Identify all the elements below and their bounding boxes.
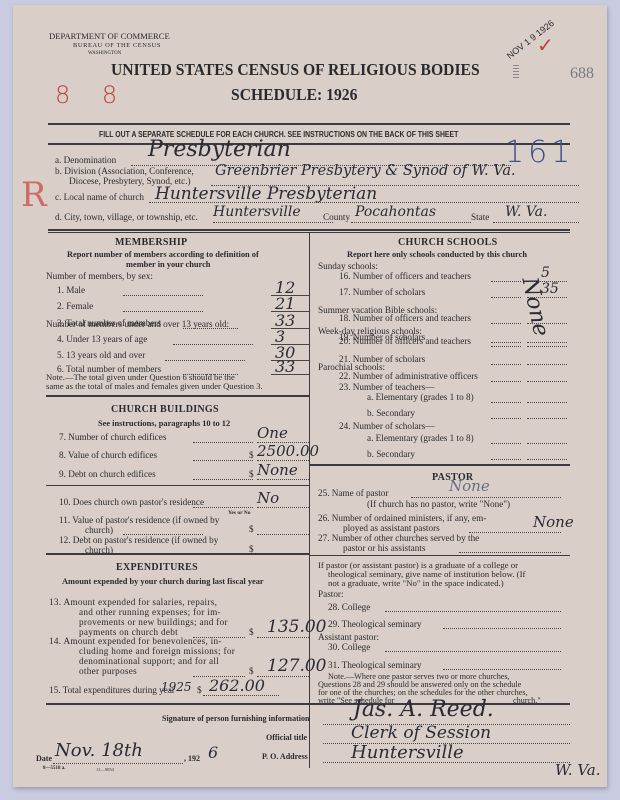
school-row-label: 24. Number of scholars— bbox=[339, 421, 434, 431]
division-label: b. Division (Association, Conference, bbox=[55, 166, 194, 176]
building-row-label-2: church) bbox=[85, 525, 113, 535]
expenditure-question-text: cluding home and foreign missions; for bbox=[79, 646, 235, 656]
expenditure-question-text: denominational support; and for all bbox=[79, 656, 219, 666]
denomination-field[interactable]: Presbyterian bbox=[148, 137, 291, 162]
buildings-subdivider bbox=[46, 485, 309, 486]
school-row-label: 21. Number of scholars bbox=[339, 354, 425, 364]
date-label: Date bbox=[36, 754, 52, 763]
expenditure-question-text: 13. Amount expended for salaries, repair… bbox=[49, 597, 217, 607]
dollar-sign: $ bbox=[249, 627, 254, 637]
building-value-field[interactable]: One bbox=[257, 424, 288, 442]
year-field[interactable]: 6 bbox=[208, 743, 218, 762]
building-value-field[interactable]: 2500.00 bbox=[257, 442, 319, 460]
address-state-field[interactable]: W. Va. bbox=[555, 761, 601, 779]
building-value-field[interactable]: None bbox=[257, 461, 298, 479]
assistant-pastors-label-2: ployed as assistant pastors bbox=[343, 523, 440, 533]
expenditure-question-text: 14. Amount expended for benevolences, in… bbox=[49, 636, 222, 646]
expenditure-question-text: other purposes bbox=[79, 666, 137, 676]
expenditures-title: EXPENDITURES bbox=[116, 562, 198, 573]
school-value-line[interactable] bbox=[527, 364, 567, 365]
state-field[interactable]: W. Va. bbox=[505, 204, 547, 220]
stamp-mark-icon bbox=[513, 65, 519, 79]
expenditure-value-line bbox=[257, 637, 309, 638]
date-field[interactable]: Nov. 18th bbox=[55, 740, 143, 761]
membership-note-2: same as the total of males and females g… bbox=[46, 381, 263, 391]
building-row-label: 7. Number of church edifices bbox=[59, 432, 166, 442]
address-field[interactable]: Huntersville bbox=[351, 742, 464, 763]
other-churches-label: 27. Number of other churches served by t… bbox=[318, 533, 479, 543]
assistant-pastors-label: 26. Number of ordained ministers, if any… bbox=[318, 513, 486, 523]
membership-row-leader bbox=[173, 344, 253, 345]
membership-row-label: 4. Under 13 years of age bbox=[57, 334, 147, 344]
schools-divider bbox=[310, 464, 570, 466]
total-expenditure-line bbox=[203, 695, 279, 696]
membership-row-leader bbox=[123, 295, 203, 296]
pastor-name-label: 25. Name of pastor bbox=[318, 488, 388, 498]
stamp-number: 688 bbox=[570, 65, 594, 83]
city-field[interactable]: Huntersville bbox=[213, 204, 301, 220]
local-name-field[interactable]: Huntersville Presbyterian bbox=[155, 184, 377, 204]
membership-row-label: 5. 13 years old and over bbox=[57, 350, 145, 360]
membership-row-leader bbox=[123, 311, 203, 312]
official-title-field[interactable]: Clerk of Session bbox=[351, 723, 491, 743]
schedule-title: SCHEDULE: 1926 bbox=[231, 85, 357, 105]
membership-title: MEMBERSHIP bbox=[115, 237, 187, 248]
schools-title: CHURCH SCHOOLS bbox=[398, 237, 498, 248]
school-row-label: 18. Number of officers and teachers bbox=[339, 313, 471, 323]
other-churches-line bbox=[459, 552, 561, 553]
dollar-sign: $ bbox=[249, 469, 254, 479]
local-name-label: c. Local name of church bbox=[55, 192, 144, 202]
school-row-label: b. Secondary bbox=[367, 449, 415, 459]
address-label: P. O. Address bbox=[262, 752, 308, 761]
building-value-line[interactable] bbox=[257, 479, 309, 480]
building-row-label: 11. Value of pastor's residence (if owne… bbox=[59, 515, 219, 525]
membership-row-label: 1. Male bbox=[57, 285, 85, 295]
school-row-label: a. Elementary (grades 1 to 8) bbox=[367, 433, 474, 443]
department-label: DEPARTMENT OF COMMERCE bbox=[49, 31, 170, 41]
by-sex-label: Number of members, by sex: bbox=[46, 271, 153, 281]
signature-field[interactable]: Jas. A. Reed. bbox=[353, 697, 494, 722]
building-row-leader bbox=[193, 479, 253, 480]
expenditure-year-field[interactable]: 1925 bbox=[161, 680, 192, 694]
expenditure-question-text: provements or new buildings; and for bbox=[79, 617, 228, 627]
handwritten-number: 8 8 bbox=[55, 81, 129, 109]
state-label: State bbox=[471, 212, 489, 222]
other-churches-label-2: pastor or his assistants bbox=[343, 543, 425, 553]
membership-row-label: 3. Total number of members bbox=[57, 318, 161, 328]
membership-value-field[interactable]: 33 bbox=[275, 357, 295, 376]
building-row-leader bbox=[193, 507, 253, 508]
expenditure-value-field[interactable]: 127.00 bbox=[267, 656, 326, 676]
official-title-label: Official title bbox=[266, 733, 307, 742]
pastor-name-line bbox=[411, 497, 561, 498]
school-row-leader bbox=[491, 346, 521, 347]
assistant-pastors-line bbox=[469, 532, 561, 533]
building-row-label: 8. Value of church edifices bbox=[59, 450, 157, 460]
assistant-college-label: 30. College bbox=[328, 642, 370, 652]
seminary-line[interactable] bbox=[443, 628, 561, 629]
college-line[interactable] bbox=[385, 611, 561, 612]
school-value-line[interactable] bbox=[527, 342, 567, 343]
school-row-leader bbox=[491, 381, 521, 382]
building-row-label: 9. Debt on church edifices bbox=[59, 469, 156, 479]
school-value-line[interactable] bbox=[527, 346, 567, 347]
sunday-schools-label: Sunday schools: bbox=[318, 261, 378, 271]
dollar-sign: $ bbox=[249, 524, 254, 534]
city-label: WASHINGTON bbox=[88, 51, 121, 56]
identity-divider bbox=[48, 229, 570, 231]
school-row-leader bbox=[491, 364, 521, 365]
census-schedule-document: DEPARTMENT OF COMMERCE BUREAU OF THE CEN… bbox=[13, 5, 607, 787]
division-field[interactable]: Greenbrier Presbytery & Synod of W. Va. bbox=[215, 163, 516, 179]
seminary-label: 29. Theological seminary bbox=[328, 619, 421, 629]
school-row-leader bbox=[491, 418, 521, 419]
membership-subtitle: Report number of members according to de… bbox=[67, 250, 259, 259]
city-label: d. City, town, village, or township, etc… bbox=[55, 212, 198, 222]
membership-row-leader bbox=[165, 360, 245, 361]
building-row-leader bbox=[193, 442, 253, 443]
school-value-line[interactable] bbox=[527, 381, 567, 382]
margin-mark: R bbox=[21, 175, 47, 215]
graduate-instructions-3: not a graduate, write "No" in the space … bbox=[328, 578, 504, 588]
dollar-sign: $ bbox=[249, 450, 254, 460]
expenditures-subtitle: Amount expended by your church during la… bbox=[62, 577, 264, 586]
county-field[interactable]: Pocahontas bbox=[355, 204, 436, 220]
banner-divider bbox=[48, 143, 570, 145]
pastor-subheading: Pastor: bbox=[318, 589, 344, 599]
school-value-line[interactable] bbox=[527, 418, 567, 419]
school-row-leader bbox=[491, 459, 521, 460]
assistant-college-line[interactable] bbox=[385, 651, 561, 652]
building-value-field[interactable]: No bbox=[257, 489, 279, 507]
dollar-sign: $ bbox=[249, 666, 254, 676]
county-label: County bbox=[323, 212, 350, 222]
assistant-seminary-label: 31. Theological seminary bbox=[328, 660, 421, 670]
header-divider bbox=[48, 123, 570, 125]
buildings-subtitle: See instructions, paragraphs 10 to 12 bbox=[98, 419, 230, 428]
school-value-field[interactable]: 5 bbox=[541, 265, 550, 281]
school-value-line[interactable] bbox=[527, 443, 567, 444]
year-prefix: , 192 bbox=[184, 754, 200, 763]
school-row-label: a. Elementary (grades 1 to 8) bbox=[367, 392, 474, 402]
date-line bbox=[53, 763, 183, 764]
school-value-line[interactable] bbox=[527, 459, 567, 460]
school-row-label: 23. Number of teachers— bbox=[339, 382, 434, 392]
building-value-line bbox=[257, 534, 309, 535]
column-divider bbox=[309, 233, 310, 768]
document-title: UNITED STATES CENSUS OF RELIGIOUS BODIES bbox=[111, 60, 480, 80]
school-row-leader bbox=[491, 443, 521, 444]
total-expenditure-label: 15. Total expenditures during year bbox=[49, 685, 175, 695]
pastor-name-field[interactable]: None bbox=[449, 477, 490, 495]
building-row-leader bbox=[193, 460, 253, 461]
schools-subtitle: Report here only schools conducted by th… bbox=[347, 250, 527, 259]
building-value-line[interactable] bbox=[257, 507, 309, 508]
school-row-leader bbox=[491, 323, 521, 324]
signature-label: Signature of person furnishing informati… bbox=[162, 714, 309, 723]
assistant-pastor-subheading: Assistant pastor: bbox=[318, 632, 379, 642]
school-row-label: 22. Number of administrative officers bbox=[339, 371, 478, 381]
pastor-name-hint: (If church has no pastor, write "None") bbox=[367, 499, 510, 509]
college-label: 28. College bbox=[328, 602, 370, 612]
school-row-leader bbox=[491, 297, 521, 298]
state-line bbox=[493, 222, 579, 223]
dollar-sign: $ bbox=[197, 685, 202, 695]
school-row-label: 20. Number of officers and teachers bbox=[339, 336, 471, 346]
school-row-label: 16. Number of officers and teachers bbox=[339, 271, 471, 281]
membership-subtitle-2: member in your church bbox=[126, 260, 210, 269]
bureau-label: BUREAU OF THE CENSUS bbox=[73, 42, 161, 49]
membership-row-label: 2. Female bbox=[57, 301, 93, 311]
yes-no-hint: Yes or No bbox=[228, 510, 251, 516]
school-row-label: 17. Number of scholars bbox=[339, 287, 425, 297]
assistant-seminary-line[interactable] bbox=[443, 669, 561, 670]
expenditure-question-text: and other running expenses; for im- bbox=[79, 607, 221, 617]
school-row-label: b. Secondary bbox=[367, 408, 415, 418]
city-line bbox=[213, 222, 333, 223]
form-number: 8—5518 a. bbox=[43, 766, 66, 771]
membership-row-leader bbox=[183, 328, 238, 329]
denomination-label: a. Denomination bbox=[55, 155, 116, 165]
building-row-label: 10. Does church own pastor's residence bbox=[59, 497, 204, 507]
school-row-leader bbox=[491, 342, 521, 343]
school-row-leader bbox=[491, 402, 521, 403]
building-row-label: 12. Debt on pastor's residence (if owned… bbox=[59, 535, 218, 545]
county-line bbox=[351, 222, 471, 223]
buildings-divider bbox=[46, 553, 309, 555]
print-number: 11—9054 bbox=[96, 767, 114, 772]
membership-divider bbox=[46, 395, 309, 397]
assistant-pastors-field[interactable]: None bbox=[533, 513, 574, 531]
total-expenditure-field[interactable]: 262.00 bbox=[209, 676, 265, 695]
school-value-line[interactable] bbox=[527, 402, 567, 403]
pastor-divider bbox=[310, 555, 570, 556]
buildings-title: CHURCH BUILDINGS bbox=[111, 404, 219, 415]
